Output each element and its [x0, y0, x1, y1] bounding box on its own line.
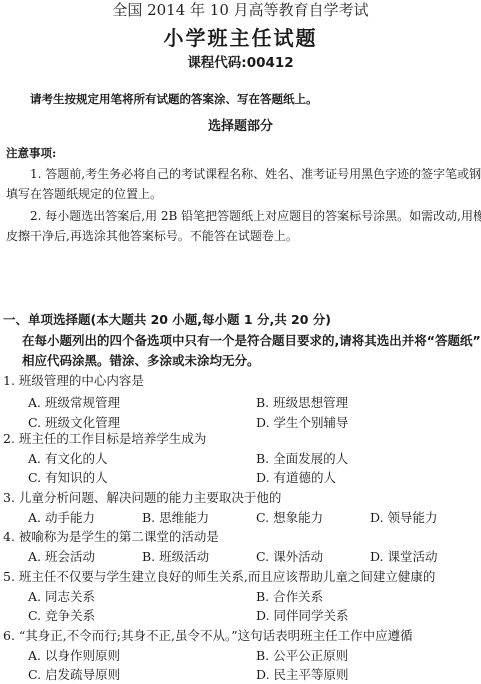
- question-2: 2. 班主任的工作目标是培养学生成为: [3, 433, 206, 446]
- q5-option-d: D. 同伴同学关系: [256, 610, 349, 623]
- q5-option-c: C. 竞争关系: [28, 610, 95, 623]
- subject-title: 小学班主任试题: [0, 28, 481, 48]
- q6-option-d: D. 民主平等原则: [256, 669, 349, 682]
- note-item-2-line1: 2. 每小题选出答案后,用 2B 铅笔把答题纸上对应题目的答案标号涂黑。如需改动…: [30, 210, 481, 222]
- section-desc-line2: 相应代码涂黑。错涂、多涂或未涂均无分。: [22, 355, 260, 368]
- question-1: 1. 班级管理的中心内容是: [3, 375, 144, 388]
- q6-option-a: A. 以身作则原则: [28, 650, 120, 663]
- q2-option-b: B. 全面发展的人: [256, 453, 348, 466]
- q6-option-c: C. 启发疏导原则: [28, 669, 120, 682]
- q5-option-a: A. 同志关系: [28, 591, 95, 604]
- section-heading: 一、单项选择题(本大题共 20 小题,每小题 1 分,共 20 分): [3, 314, 331, 327]
- q1-option-d: D. 学生个别辅导: [256, 417, 349, 430]
- note-item-1-line1: 1. 答题前,考生务必将自己的考试课程名称、姓名、准考证号用黑色字迹的签字笔或钢…: [30, 168, 481, 180]
- question-3: 3. 儿童分析问题、解决问题的能力主要取决于他的: [3, 492, 281, 505]
- q1-option-b: B. 班级思想管理: [256, 397, 348, 410]
- q3-option-b: B. 思维能力: [142, 512, 209, 525]
- q4-option-a: A. 班会活动: [28, 551, 95, 564]
- answer-instruction: 请考生按规定用笔将所有试题的答案涂、写在答题纸上。: [30, 94, 318, 106]
- q1-option-a: A. 班级常规管理: [28, 397, 120, 410]
- course-code: 课程代码:00412: [0, 57, 481, 71]
- exam-title: 全国 2014 年 10 月高等教育自学考试: [0, 3, 481, 18]
- q4-option-b: B. 班级活动: [142, 551, 209, 564]
- q4-option-c: C. 课外活动: [256, 551, 323, 564]
- q2-option-a: A. 有文化的人: [28, 453, 107, 466]
- q3-option-d: D. 领导能力: [370, 512, 438, 525]
- section-desc-line1: 在每小题列出的四个备选项中只有一个是符合题目要求的,请将其选出并将“答题纸”的: [22, 335, 481, 348]
- q6-option-b: B. 公平公正原则: [256, 650, 348, 663]
- part-title: 选择题部分: [0, 120, 481, 133]
- q3-option-c: C. 想象能力: [256, 512, 323, 525]
- q2-option-c: C. 有知识的人: [28, 472, 108, 485]
- note-item-1-line2: 填写在答题纸规定的位置上。: [6, 188, 162, 200]
- q4-option-d: D. 课堂活动: [370, 551, 438, 564]
- q2-option-d: D. 有道德的人: [256, 472, 336, 485]
- notes-heading: 注意事项:: [6, 148, 56, 160]
- q3-option-a: A. 动手能力: [28, 512, 95, 525]
- question-6: 6. “其身正,不令而行;其身不正,虽令不从。”这句话表明班主任工作中应遵循: [3, 630, 413, 643]
- q5-option-b: B. 合作关系: [256, 591, 323, 604]
- question-5: 5. 班主任不仅要与学生建立良好的师生关系,而且应该帮助儿童之间建立健康的: [3, 571, 435, 584]
- note-item-2-line2: 皮擦干净后,再选涂其他答案标号。不能答在试题卷上。: [6, 230, 298, 242]
- question-4: 4. 被喻称为是学生的第二课堂的活动是: [3, 531, 219, 544]
- q1-option-c: C. 班级文化管理: [28, 417, 120, 430]
